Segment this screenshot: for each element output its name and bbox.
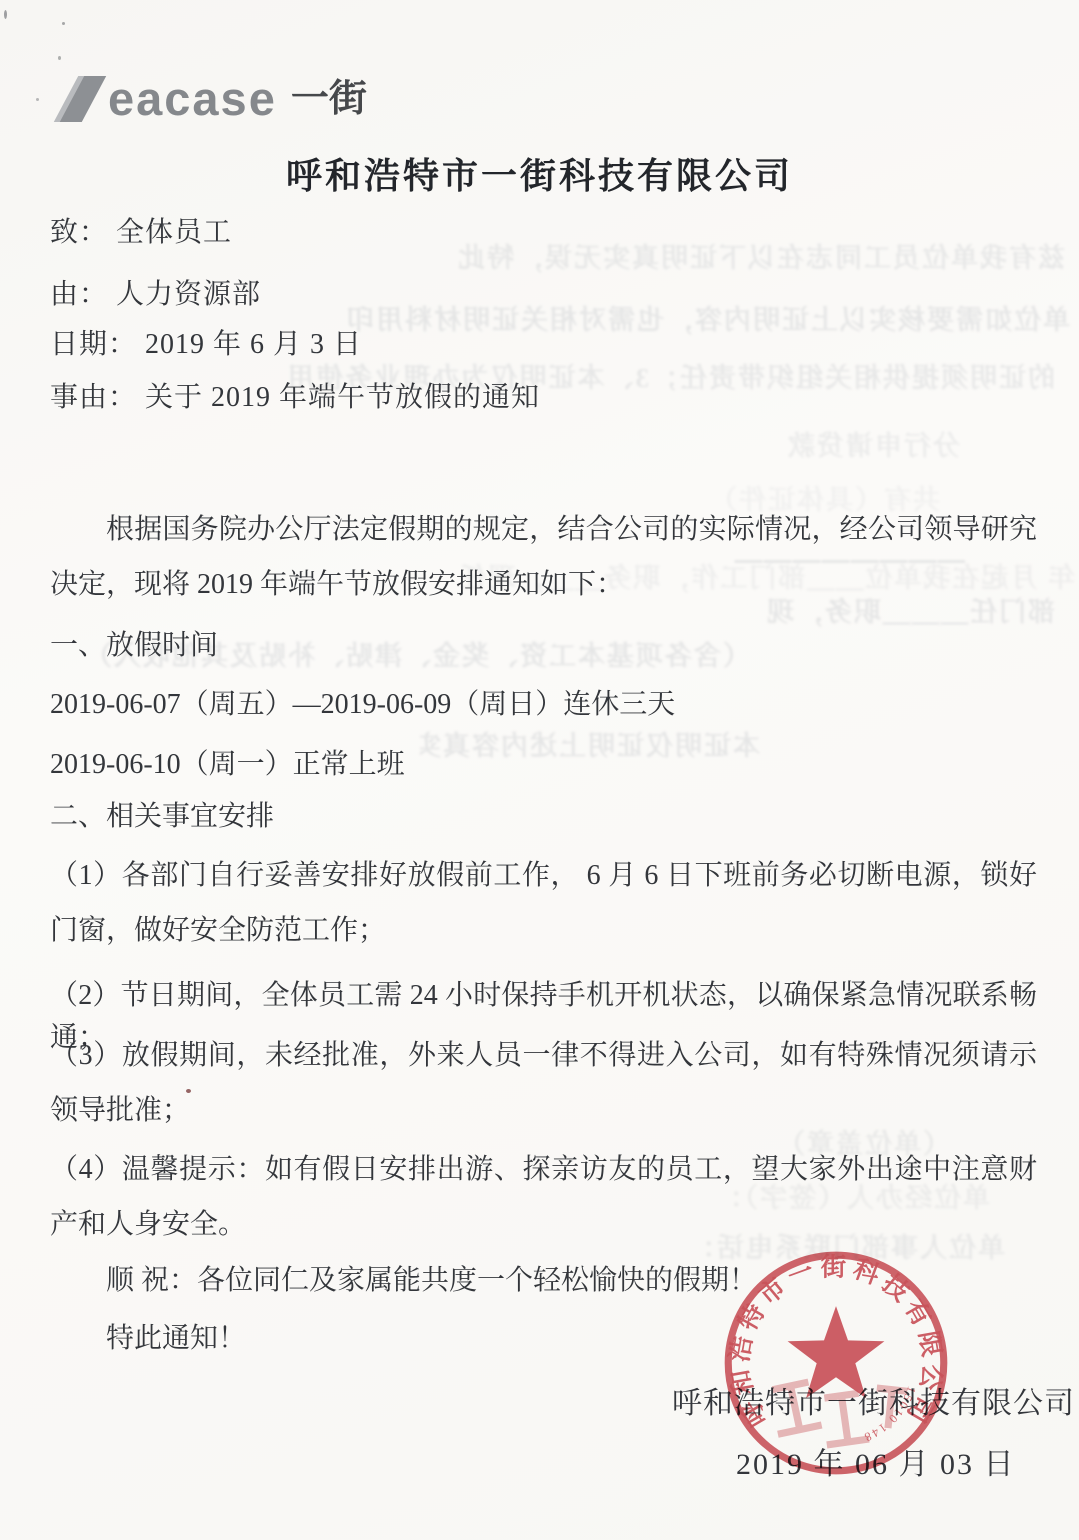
meta-date-line: 日期： 2019 年 6 月 3 日 [50,324,1037,366]
scan-speck [4,10,7,19]
workday-line: 2019-06-10（周一）正常上班 [50,744,1037,786]
logo-brand-text: eacase [108,76,277,122]
holiday-dates-line: 2019-06-07（周五）—2019-06-09（周日）连休三天 [50,684,1037,726]
section1-title: 一、放假时间 [50,625,1037,667]
intro-paragraph: 根据国务院办公厅法定假期的规定，结合公司的实际情况，经公司领导研究决定，现将 2… [50,502,1037,612]
document-title: 呼和浩特市一街科技有限公司 [0,148,1079,199]
scan-speck [58,56,61,60]
scan-speck [62,22,65,25]
item-4: （4）温馨提示：如有假日安排出游、探亲访友的员工，望大家外出途中注意财产和人身安… [50,1142,1037,1252]
item-3: （3）放假期间，未经批准，外来人员一律不得进入公司，如有特殊情况须请示领导批准； [50,1028,1037,1138]
logo-brand-chinese: 一街 [291,76,367,122]
seal-overlap-marks [769,1381,908,1445]
scanned-notice-page: 兹有我单位员工同志在以下证明真实无误，特此 单位如需要核实以上证明内容，也需对相… [0,0,1079,1540]
meta-subject-line: 事由： 关于 2019 年端午节放假的通知 [50,377,1037,419]
section2-title: 二、相关事宜安排 [50,796,1037,838]
meta-from-line: 由： 人力资源部 [50,274,1037,316]
meta-to-line: 致： 全体员工 [50,212,1037,254]
item-1: （1）各部门自行妥善安排好放假前工作， 6 月 6 日下班前务必切断电源，锁好门… [50,848,1037,958]
company-logo: eacase 一街 [66,76,367,122]
bleedthrough-line: 分行申请贷款 [630,424,960,463]
scan-speck [36,98,39,101]
company-seal: 呼和浩特市一街科技有限公司 15010 14894 [714,1241,958,1485]
